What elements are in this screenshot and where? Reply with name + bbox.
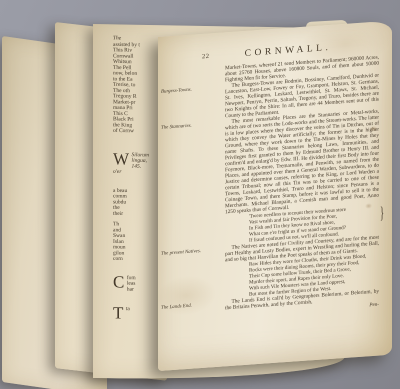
margin-note: The Stannaries. xyxy=(161,121,217,130)
margin-note: The present Natives. xyxy=(161,247,217,256)
top-page: 22 CORNWALL. Market-Towns, whereof 21 se… xyxy=(158,21,392,371)
paragraph-text: The most remarkable Places are the Stann… xyxy=(225,109,379,216)
margin-note: The Lands End. xyxy=(161,301,217,310)
paragraph-block: The Stannaries.The most remarkable Place… xyxy=(225,109,379,216)
top-page-content: 22 CORNWALL. Market-Towns, whereof 21 se… xyxy=(158,21,392,371)
photo-of-antique-book-pages: Theassisted by tThis RivCornwallWhitsunT… xyxy=(0,0,400,389)
verse-brace: } xyxy=(380,205,384,222)
drop-cap: C xyxy=(113,275,124,290)
drop-cap: W xyxy=(113,152,129,167)
margin-note: Burgess-Towns. xyxy=(161,85,217,94)
page-number: 22 xyxy=(202,52,210,61)
drop-cap: T xyxy=(113,306,123,321)
top-page-blocks: Market-Towns, whereof 21 send Members to… xyxy=(225,55,379,318)
